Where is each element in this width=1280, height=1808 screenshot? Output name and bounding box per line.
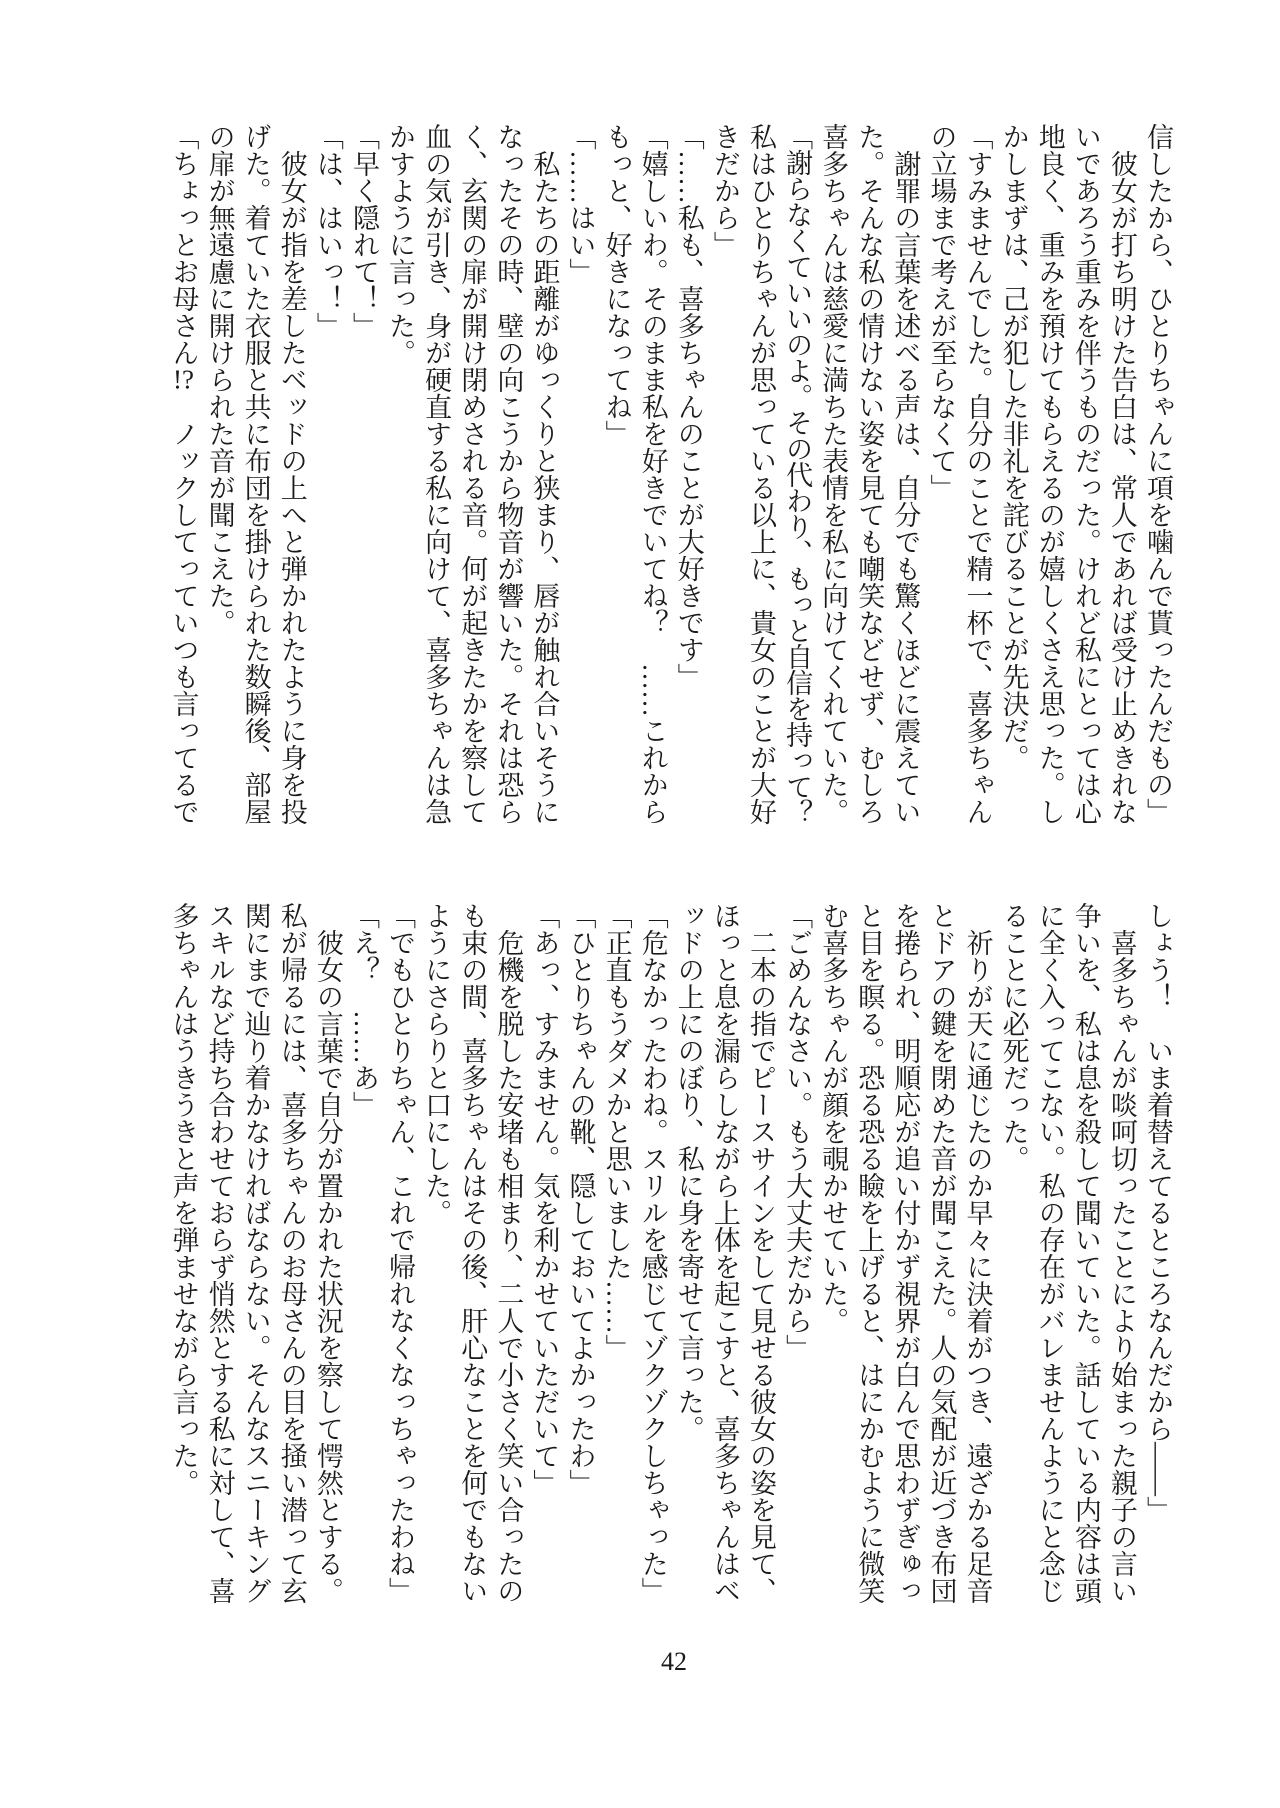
text-column: 関にまで辿り着かなければならない。そんなスニーキング — [238, 902, 274, 1604]
text-column: 喜多ちゃんが啖呵切ったことにより始まった親子の言い — [1104, 902, 1140, 1604]
text-column: ほっと息を漏らしながら上体を起こすと、喜多ちゃんはベ — [707, 902, 743, 1604]
text-column: 「でもひとりちゃん、これで帰れなくなっちゃったわね」 — [382, 902, 418, 1604]
text-column: 危機を脱した安堵も相まり、二人で小さく笑い合ったの — [490, 902, 526, 1604]
text-column: きだから」 — [707, 123, 743, 825]
text-column: の扉が無遠慮に開けられた音が聞こえた。 — [201, 123, 237, 825]
text-column: 「正直もうダメかと思いました……」 — [599, 902, 635, 1604]
text-column: しょう！ いま着替えてるところなんだから――」 — [1140, 902, 1176, 1604]
text-column: いであろう重みを伴うものだった。けれど私にとっては心 — [1068, 123, 1104, 825]
text-column: 二本の指でピースサインをして見せる彼女の姿を見て、 — [743, 902, 779, 1604]
text-block-bottom: しょう！ いま着替えてるところなんだから――」 喜多ちゃんが啖呵切ったことにより… — [165, 902, 1176, 1604]
text-column: なったその時、壁の向こうから物音が響いた。それは恐ら — [490, 123, 526, 825]
text-column: ようにさらりと口にした。 — [418, 902, 454, 1604]
text-column: 私はひとりちゃんが思っている以上に、貴女のことが大好 — [743, 123, 779, 825]
text-column: の立場まで考えが至らなくて」 — [923, 123, 959, 825]
text-column: た。そんな私の情けない姿を見ても嘲笑などせず、むしろ — [851, 123, 887, 825]
text-column: 彼女が指を差したベッドの上へと弾かれたように身を投 — [274, 123, 310, 825]
text-column: 「早く隠れて！」 — [346, 123, 382, 825]
text-column: ッドの上にのぼり、私に身を寄せて言った。 — [671, 902, 707, 1604]
text-segment: 「ちょっとお母さん — [168, 123, 198, 366]
text-column: スキルなど持ち合わせておらず悄然とする私に対して、喜 — [201, 902, 237, 1604]
text-column: 「……私も、喜多ちゃんのことが大好きです」 — [671, 123, 707, 825]
text-column: 「……はい」 — [562, 123, 598, 825]
text-column: 彼女の言葉で自分が置かれた状況を察して愕然とする。 — [310, 902, 346, 1604]
text-column: を捲られ、明順応が追い付かず視界が白んで思わずぎゅっ — [887, 902, 923, 1604]
text-column: もっと、好きになってね」 — [599, 123, 635, 825]
text-column: ることに必死だった。 — [996, 902, 1032, 1604]
text-column: 「あっ、すみません。気を利かせていただいて」 — [526, 902, 562, 1604]
text-column: 「ちょっとお母さん!? ノックしてっていつも言ってるで — [165, 123, 201, 825]
text-column: く、玄関の扉が開け閉めされる音。何が起きたかを察して — [454, 123, 490, 825]
text-column: とドアの鍵を閉めた音が聞こえた。人の気配が近づき布団 — [923, 902, 959, 1604]
text-column: 地良く、重みを預けてもらえるのが嬉しくさえ思った。し — [1032, 123, 1068, 825]
text-column: 「は、はいっ！」 — [310, 123, 346, 825]
text-column: 「ひとりちゃんの靴、隠しておいてよかったわ」 — [562, 902, 598, 1604]
tate-chu-yoko-exclamation: !? — [168, 366, 198, 393]
text-column: 謝罪の言葉を述べる声は、自分でも驚くほどに震えてい — [887, 123, 923, 825]
text-column: かしまずは、己が犯した非礼を詫びることが先決だ。 — [996, 123, 1032, 825]
text-column: 私たちの距離がゆっくりと狭まり、唇が触れ合いそうに — [526, 123, 562, 825]
text-column: と目を瞑る。恐る恐る瞼を上げると、はにかむように微笑 — [851, 902, 887, 1604]
text-column: 信したから、ひとりちゃんに項を噛んで貰ったんだもの」 — [1140, 123, 1176, 825]
text-column: 「ごめんなさい。もう大丈夫だから」 — [779, 902, 815, 1604]
text-column: 「謝らなくていいのよ。その代わり、もっと自信を持って？ — [779, 123, 815, 825]
text-column: 彼女が打ち明けた告白は、常人であれば受け止めきれな — [1104, 123, 1140, 825]
text-column: 争いを、私は息を殺して聞いていた。話している内容は頭 — [1068, 902, 1104, 1604]
text-column: げた。着ていた衣服と共に布団を掛けられた数瞬後、部屋 — [238, 123, 274, 825]
text-column: に全く入ってこない。私の存在がバレませんようにと念じ — [1032, 902, 1068, 1604]
text-column: 「危なかったわね。スリルを感じてゾクゾクしちゃった」 — [635, 902, 671, 1604]
text-column: 「え？ ……あ」 — [346, 902, 382, 1604]
text-column: 祈りが天に通じたのか早々に決着がつき、遠ざかる足音 — [959, 902, 995, 1604]
text-block-top: 信したから、ひとりちゃんに項を噛んで貰ったんだもの」 彼女が打ち明けた告白は、常… — [165, 123, 1176, 825]
text-column: かすように言った。 — [382, 123, 418, 825]
text-segment: ノックしてっていつも言ってるで — [168, 393, 198, 825]
text-column: 「嬉しいわ。そのまま私を好きでいてね？ ……これから — [635, 123, 671, 825]
text-column: 喜多ちゃんは慈愛に満ちた表情を私に向けてくれていた。 — [815, 123, 851, 825]
page-number: 42 — [624, 1647, 724, 1677]
text-column: 多ちゃんはうきうきと声を弾ませながら言った。 — [165, 902, 201, 1604]
text-column: 私が帰るには、喜多ちゃんのお母さんの目を掻い潜って玄 — [274, 902, 310, 1604]
text-column: 「すみませんでした。自分のことで精一杯で、喜多ちゃん — [959, 123, 995, 825]
text-column: も束の間、喜多ちゃんはその後、肝心なことを何でもない — [454, 902, 490, 1604]
text-column: 血の気が引き、身が硬直する私に向けて、喜多ちゃんは急 — [418, 123, 454, 825]
book-page: 信したから、ひとりちゃんに項を噛んで貰ったんだもの」 彼女が打ち明けた告白は、常… — [0, 0, 1280, 1808]
text-column: む喜多ちゃんが顔を覗かせていた。 — [815, 902, 851, 1604]
